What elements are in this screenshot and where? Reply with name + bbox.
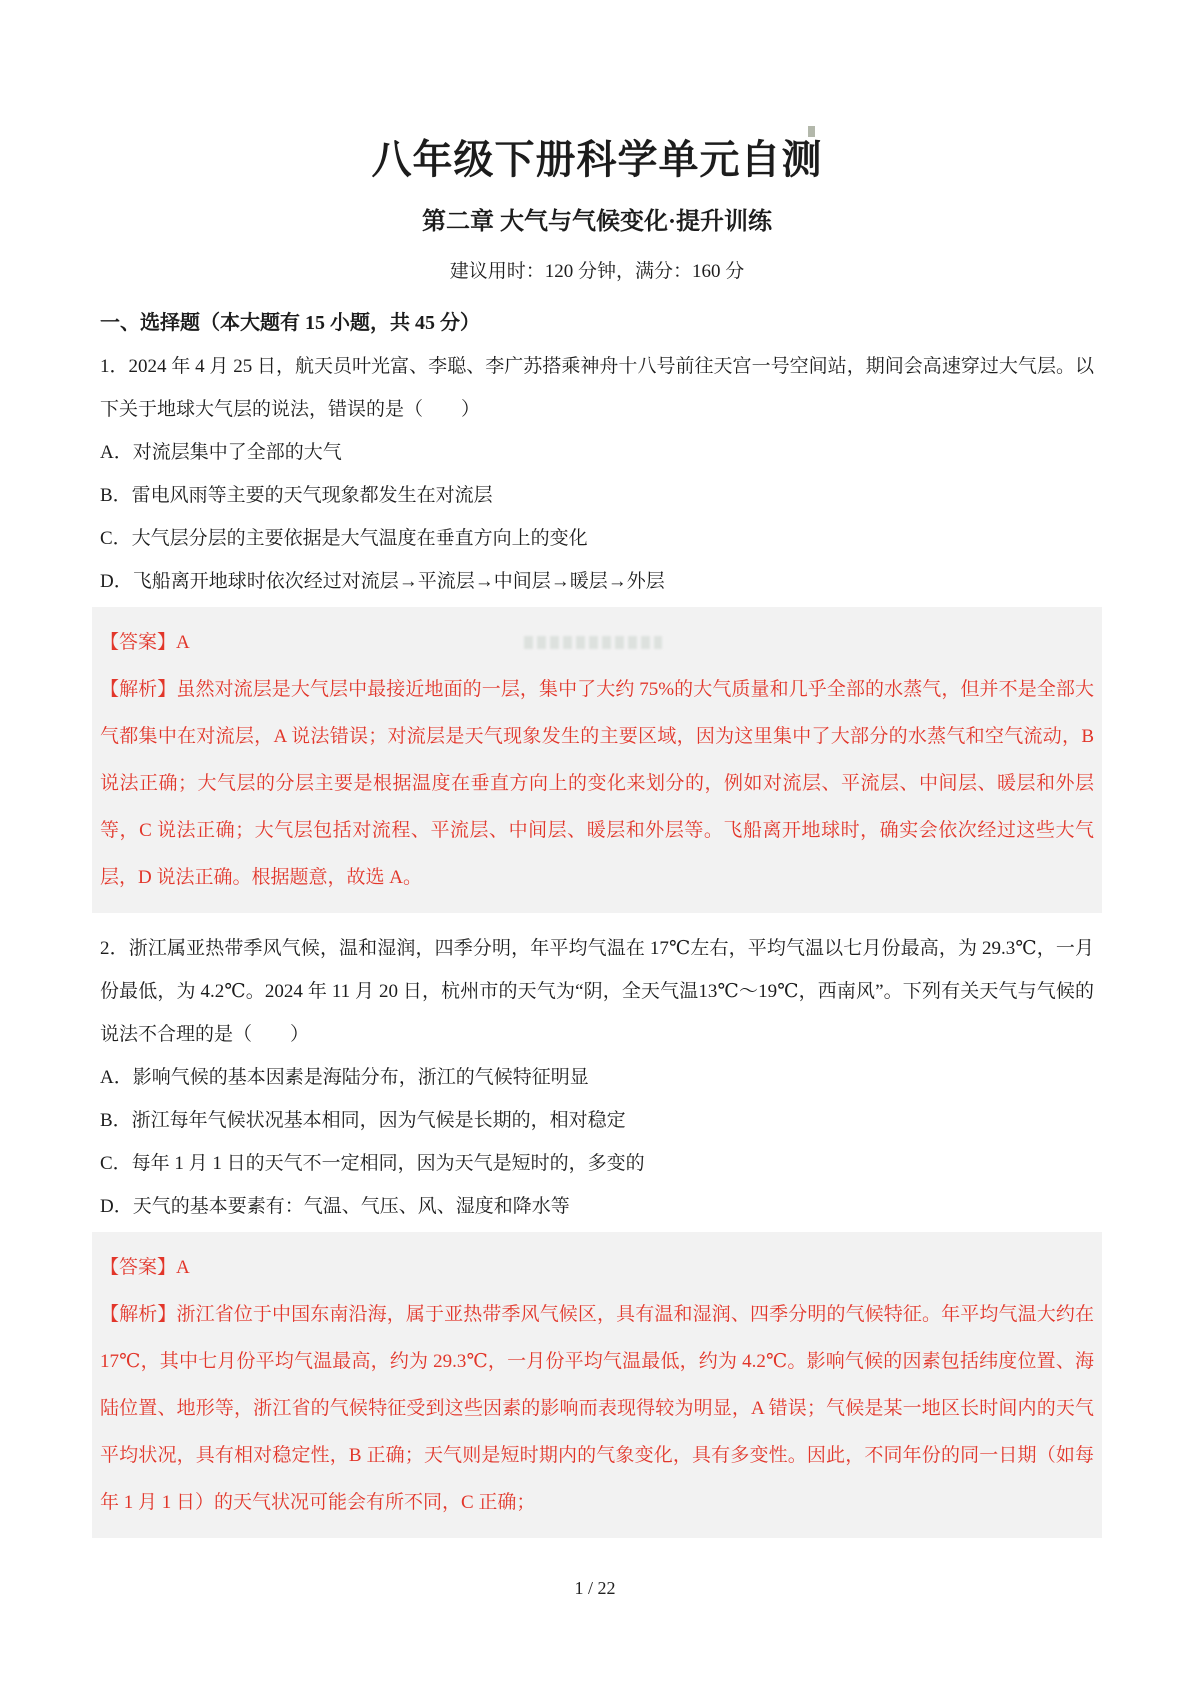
- option-d: D．飞船离开地球时依次经过对流层→平流层→中间层→暖层→外层: [100, 560, 1094, 603]
- answer-block: 【答案】A 【解析】虽然对流层是大气层中最接近地面的一层，集中了大约 75%的大…: [92, 607, 1102, 913]
- option-b: B．雷电风雨等主要的天气现象都发生在对流层: [100, 474, 1094, 517]
- page-subtitle: 第二章 大气与气候变化·提升训练: [100, 201, 1094, 236]
- option-d: D．天气的基本要素有：气温、气压、风、湿度和降水等: [100, 1185, 1094, 1228]
- question-2: 2．浙江属亚热带季风气候，温和湿润，四季分明，年平均气温在 17℃左右，平均气温…: [100, 927, 1094, 1538]
- option-b: B．浙江每年气候状况基本相同，因为气候是长期的，相对稳定: [100, 1099, 1094, 1142]
- question-stem: 2．浙江属亚热带季风气候，温和湿润，四季分明，年平均气温在 17℃左右，平均气温…: [100, 927, 1094, 1056]
- analysis-text: 虽然对流层是大气层中最接近地面的一层，集中了大约 75%的大气质量和几乎全部的水…: [100, 679, 1094, 888]
- option-a: A．影响气候的基本因素是海陆分布，浙江的气候特征明显: [100, 1056, 1094, 1099]
- option-c: C．大气层分层的主要依据是大气温度在垂直方向上的变化: [100, 517, 1094, 560]
- answer-label: 【答案】: [100, 1257, 176, 1278]
- analysis-label: 【解析】: [100, 679, 176, 700]
- analysis-label: 【解析】: [100, 1304, 176, 1325]
- stray-mark: [808, 126, 815, 137]
- question-1: 1．2024 年 4 月 25 日，航天员叶光富、李聪、李广苏搭乘神舟十八号前往…: [100, 345, 1094, 913]
- answer-line: 【答案】A: [100, 1244, 1094, 1291]
- page-number: 1 / 22: [0, 1578, 1190, 1599]
- answer-label: 【答案】: [100, 632, 176, 653]
- answer-value: A: [176, 1257, 190, 1278]
- section-heading: 一、选择题（本大题有 15 小题，共 45 分）: [100, 301, 1094, 345]
- page-title: 八年级下册科学单元自测: [100, 128, 1094, 185]
- answer-value: A: [176, 632, 190, 653]
- analysis-paragraph: 【解析】虽然对流层是大气层中最接近地面的一层，集中了大约 75%的大气质量和几乎…: [100, 666, 1094, 901]
- question-stem: 1．2024 年 4 月 25 日，航天员叶光富、李聪、李广苏搭乘神舟十八号前往…: [100, 345, 1094, 431]
- document-page: 八年级下册科学单元自测 第二章 大气与气候变化·提升训练 建议用时：120 分钟…: [0, 0, 1190, 1683]
- analysis-text: 浙江省位于中国东南沿海，属于亚热带季风气候区，具有温和湿润、四季分明的气候特征。…: [100, 1304, 1094, 1513]
- option-c: C．每年 1 月 1 日的天气不一定相同，因为天气是短时的，多变的: [100, 1142, 1094, 1185]
- exam-meta: 建议用时：120 分钟，满分：160 分: [100, 256, 1094, 283]
- document-content: 八年级下册科学单元自测 第二章 大气与气候变化·提升训练 建议用时：120 分钟…: [0, 0, 1190, 1538]
- faint-watermark: [524, 636, 662, 649]
- option-a: A．对流层集中了全部的大气: [100, 431, 1094, 474]
- analysis-paragraph: 【解析】浙江省位于中国东南沿海，属于亚热带季风气候区，具有温和湿润、四季分明的气…: [100, 1291, 1094, 1526]
- answer-block: 【答案】A 【解析】浙江省位于中国东南沿海，属于亚热带季风气候区，具有温和湿润、…: [92, 1232, 1102, 1538]
